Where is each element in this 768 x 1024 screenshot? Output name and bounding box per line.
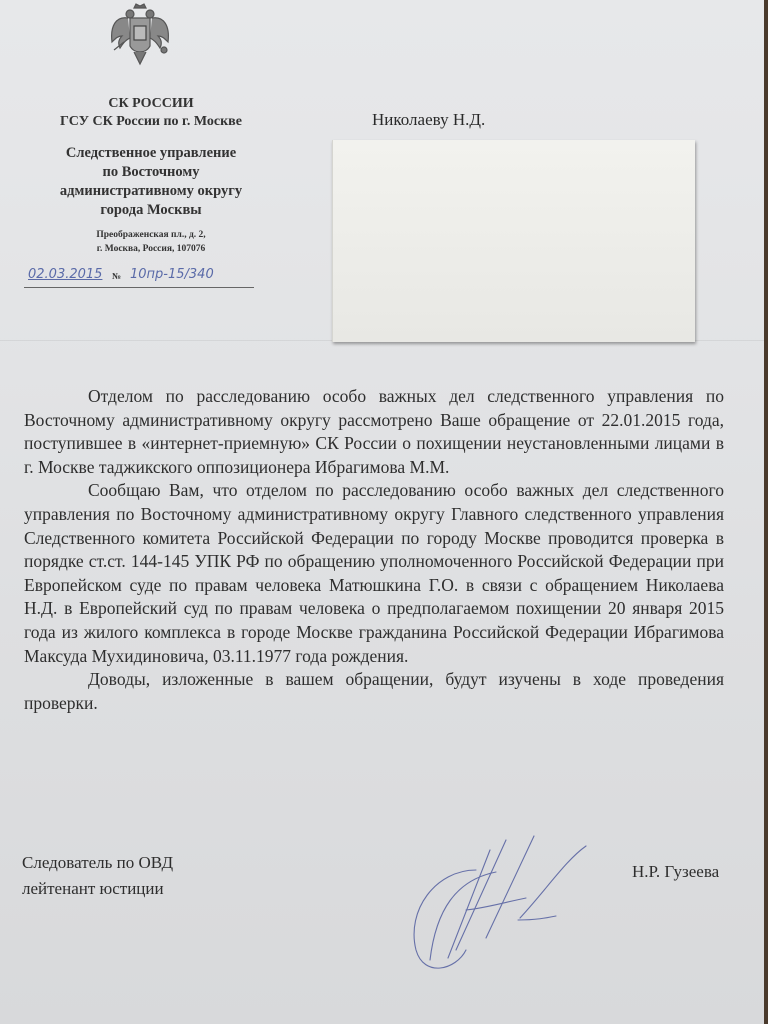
handwritten-signature-icon (396, 830, 626, 980)
russian-coat-of-arms-icon (106, 2, 174, 68)
org-name-line-2: ГСУ СК России по г. Москве (20, 114, 282, 130)
rank-line: лейтенант юстиции (22, 876, 173, 902)
department-name: Следственное управление по Восточному ад… (20, 144, 282, 220)
letter-page: СК РОССИИ ГСУ СК России по г. Москве Сле… (0, 0, 764, 1024)
address-line: Преображенская пл., д. 2, (20, 228, 282, 242)
registration-date: 02.03.2015 (28, 267, 102, 282)
body-paragraph: Сообщаю Вам, что отделом по расследовани… (24, 479, 724, 668)
department-line: города Москвы (20, 201, 282, 220)
body-paragraph: Доводы, изложенные в вашем обращении, бу… (24, 668, 724, 715)
registration-number: 10пр-15/340 (130, 267, 214, 282)
signatory-name: Н.Р. Гузеева (632, 862, 719, 882)
addressee-name: Николаеву Н.Д. (372, 110, 485, 130)
redacted-address-block (332, 140, 695, 342)
department-line: Следственное управление (20, 144, 282, 163)
department-line: по Восточному (20, 163, 282, 182)
org-name-line-1: СК РОССИИ (20, 96, 282, 112)
desk-background-edge (764, 0, 768, 1024)
position-line: Следователь по ОВД (22, 850, 173, 876)
department-address: Преображенская пл., д. 2, г. Москва, Рос… (20, 228, 282, 256)
address-line: г. Москва, Россия, 107076 (20, 242, 282, 256)
registration-line: 02.03.2015 № 10пр-15/340 (24, 265, 254, 288)
body-paragraph: Отделом по расследованию особо важных де… (24, 385, 724, 479)
number-sign: № (112, 271, 121, 281)
department-line: административному округу (20, 182, 282, 201)
letter-body: Отделом по расследованию особо важных де… (24, 385, 724, 715)
signatory-position: Следователь по ОВД лейтенант юстиции (22, 850, 173, 902)
